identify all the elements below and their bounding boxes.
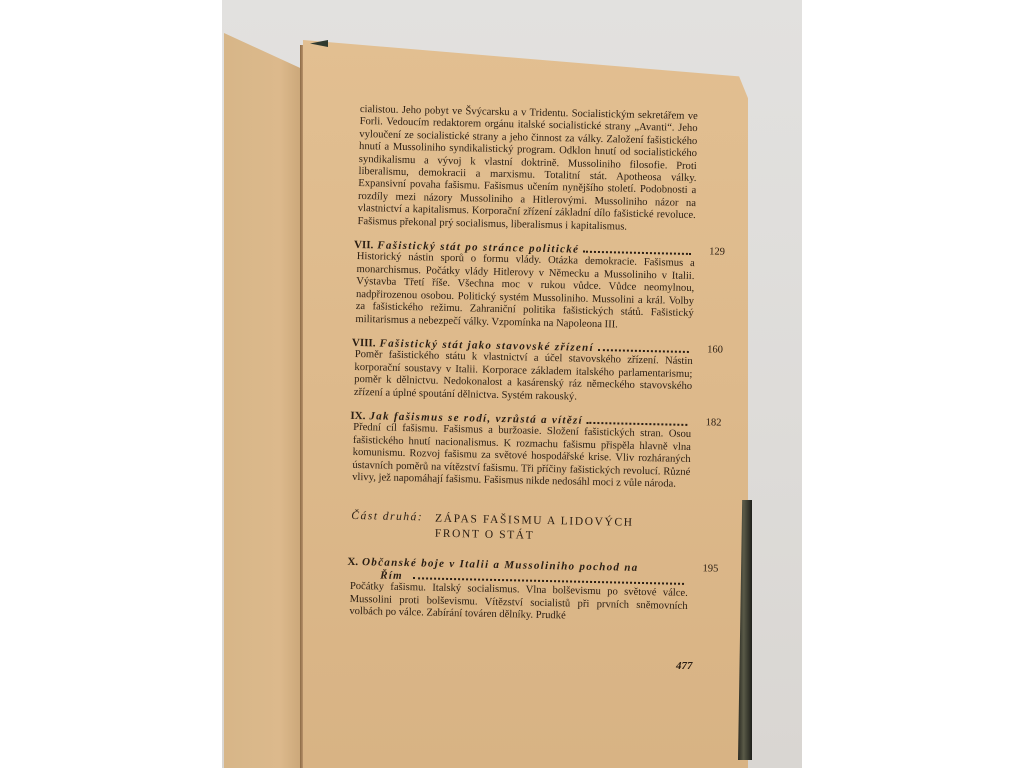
chapter-page: 129 (709, 246, 725, 259)
chapter-summary: Přední cíl fašismu. Fašismus a buržoasie… (352, 422, 691, 491)
toc-entry-vii: VII. Fašistický stát po stránce politick… (355, 239, 695, 333)
chapter-number: X. (347, 556, 358, 569)
part-title: ZÁPAS FAŠISMU A LIDOVÝCH FRONT O STÁT (435, 512, 634, 546)
chapter-number: VII. (354, 239, 374, 252)
chapter-summary: Poměr fašistického státu k vlastnictví a… (354, 349, 693, 406)
toc-entry-x: X. Občanské boje v Italii a Mussoliniho … (349, 556, 688, 625)
intro-paragraph: cialistou. Jeho pobyt ve Švýcarsku a v T… (357, 104, 698, 235)
book-gutter (300, 45, 303, 768)
chapter-number: VIII. (352, 337, 376, 350)
leader-dots (598, 349, 689, 353)
chapter-title-continued: Řím (380, 569, 403, 582)
left-page (224, 33, 304, 768)
leader-dots (583, 251, 691, 255)
part-heading: Část druhá: ZÁPAS FAŠISMU A LIDOVÝCH FRO… (351, 510, 690, 547)
part-label: Část druhá: (351, 510, 423, 541)
chapter-summary: Historický nástin sporů o formu vlády. O… (355, 251, 694, 332)
table-of-contents: cialistou. Jeho pobyt ve Švýcarsku a v T… (349, 104, 698, 625)
chapter-summary: Počátky fašismu. Italský socialismus. Vl… (349, 581, 688, 625)
chapter-page: 195 (702, 564, 718, 577)
toc-entry-viii: VIII. Fašistický stát jako stavovské zří… (354, 337, 693, 406)
chapter-page: 182 (706, 417, 722, 430)
page-number: 477 (676, 660, 693, 672)
toc-entry-ix: IX. Jak fašismus se rodí, vzrůstá a vítě… (352, 410, 691, 491)
leader-dots (587, 422, 688, 426)
chapter-number: IX. (350, 410, 365, 423)
chapter-page: 160 (707, 344, 723, 357)
